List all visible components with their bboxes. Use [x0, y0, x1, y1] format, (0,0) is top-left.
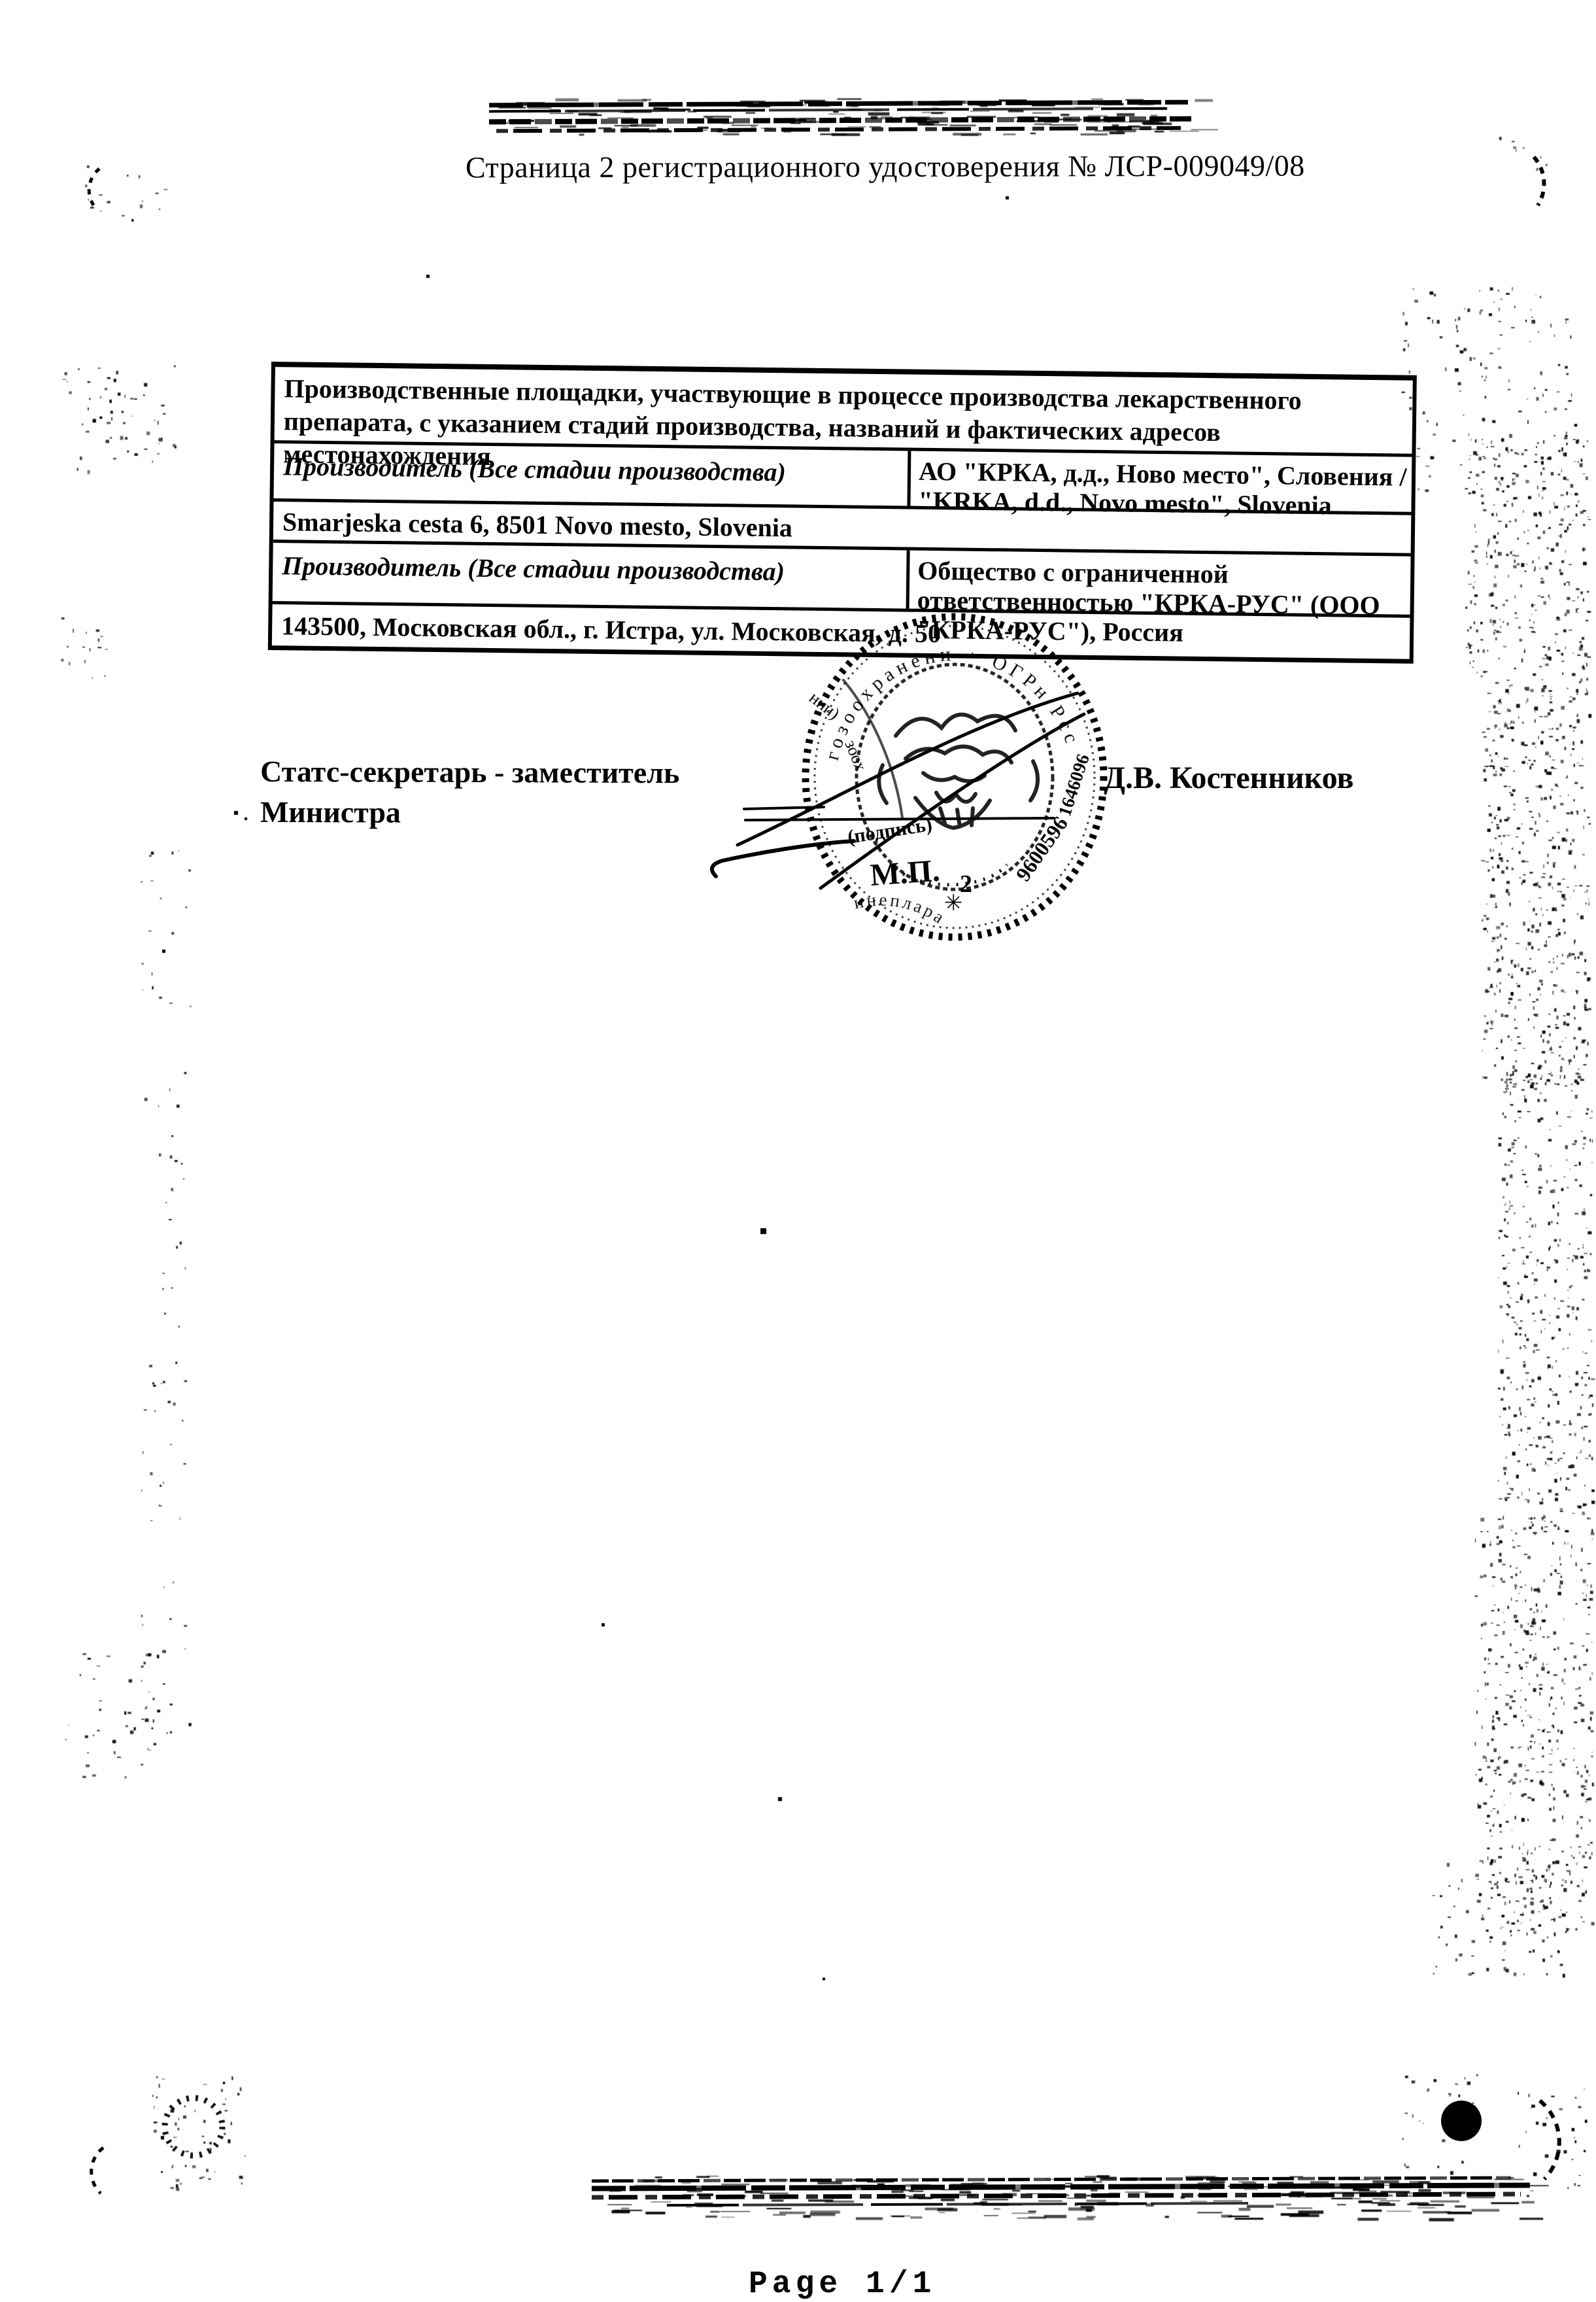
page-title: Страница 2 регистрационного удостоверени… — [466, 148, 1305, 185]
scan-streak — [592, 2192, 1521, 2200]
stamp-fragment: зоох — [841, 737, 870, 774]
manufacturer-label-cell: Производитель (Все стадии производства) — [274, 443, 911, 506]
corner-mark-bottom-left — [92, 2148, 103, 2193]
stamp-fragment: нии) — [806, 688, 843, 723]
stamp-ogrn-digits-2: 1646096 — [1055, 751, 1094, 819]
ministry-round-stamp: гозоохранени ⋆ ОГРн Рсс инепларации 9600… — [680, 602, 1151, 968]
stamp-dot-mark: ✳ — [944, 891, 963, 916]
corner-mark-top-right — [1534, 157, 1544, 205]
scanned-certificate-page: Страница 2 регистрационного удостоверени… — [0, 0, 1596, 2302]
scan-streak — [489, 107, 1167, 113]
scan-streak — [489, 100, 1188, 108]
signatory-title-line1: Статс-секретарь - заместитель — [260, 751, 679, 793]
stamp-ogrn-digits: 9600596 — [1011, 812, 1072, 885]
signatory-title: Статс-секретарь - заместитель Министра — [260, 751, 680, 834]
faint-stamp-ring-bottom-left — [165, 2098, 222, 2156]
scan-corner-marks — [0, 0, 1596, 2302]
stamp-mp-label: М.П. — [869, 853, 941, 893]
scan-streak — [592, 2182, 1530, 2191]
corner-mark-bottom-right — [1540, 2101, 1559, 2179]
table-header-cell: Производственные площадки, участвующие в… — [275, 367, 1413, 457]
scan-noise-band-top — [489, 97, 1195, 138]
manufacturer-label-cell: Производитель (Все стадии производства) — [273, 543, 910, 609]
corner-mark-top-left — [89, 169, 99, 209]
manufacturer-value-cell: АО "КРКА, д.д., Ново место", Словения / … — [910, 451, 1412, 512]
stamp-ring-text: гозоохранени ⋆ ОГРн Рсс инепларации 9600… — [680, 602, 1094, 929]
signatory-title-line2: Министра — [260, 792, 679, 834]
scan-speckle-overlay — [0, 0, 1596, 2302]
scan-streak — [496, 126, 1181, 133]
punch-hole-dot — [1441, 2101, 1482, 2141]
scan-noise-band-bottom — [592, 2173, 1530, 2220]
scan-streak — [592, 2176, 1511, 2183]
stamp-eagle-emblem — [879, 715, 1038, 828]
page-number: Page 1/1 — [749, 2267, 936, 2302]
scan-streak — [667, 2202, 1249, 2207]
scan-streak — [489, 116, 1195, 125]
